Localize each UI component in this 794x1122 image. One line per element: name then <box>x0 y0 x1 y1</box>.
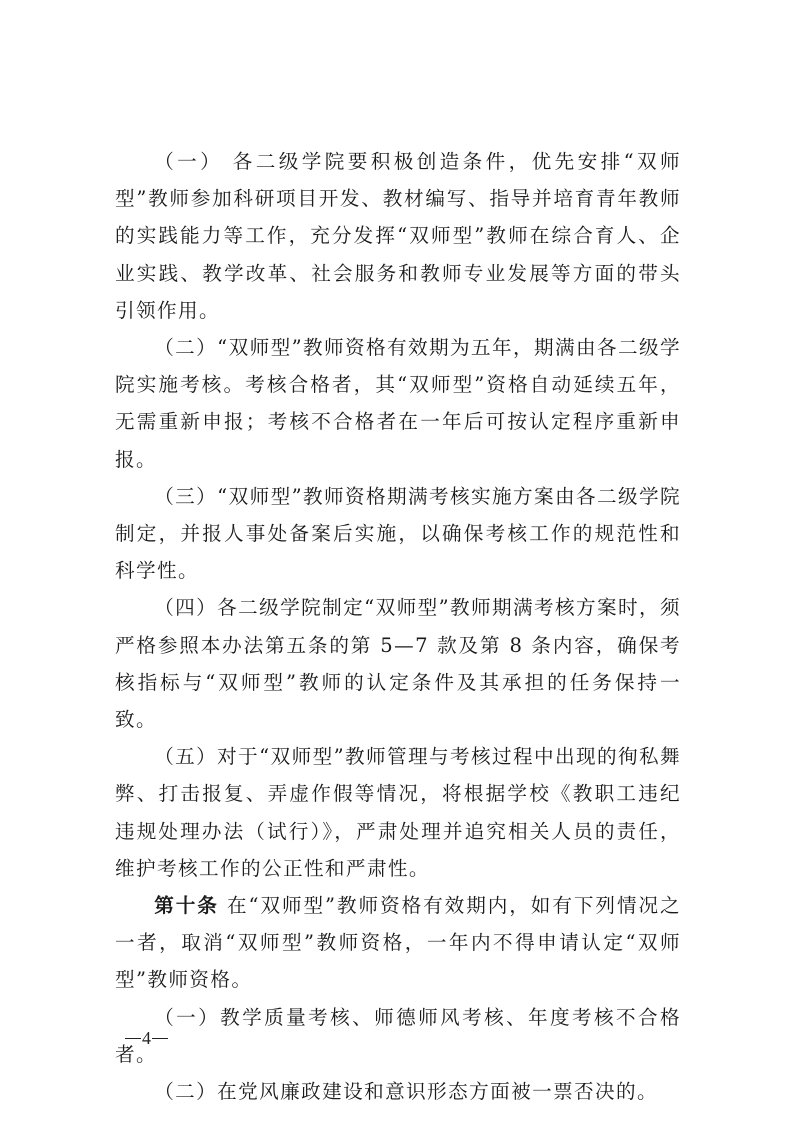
paragraph-4: （四）各二级学院制定“双师型”教师期满考核方案时，须严格参照本办法第五条的第 5… <box>115 589 681 738</box>
paragraph-3: （三）“双师型”教师资格期满考核实施方案由各二级学院制定，并报人事处备案后实施，… <box>115 478 681 590</box>
dash-right <box>152 1038 168 1039</box>
paragraph-2: （二）“双师型”教师资格有效期为五年，期满由各二级学院实施考核。考核合格者，其“… <box>115 329 681 478</box>
paragraph-text: （四）各二级学院制定“双师型”教师期满考核方案时，须严格参照本办法第五条的第 5… <box>115 596 681 731</box>
paragraph-text: （五）对于“双师型”教师管理与考核过程中出现的徇私舞弊、打击报复、弄虚作假等情况… <box>115 745 681 880</box>
paragraph-text: （三）“双师型”教师资格期满考核实施方案由各二级学院制定，并报人事处备案后实施，… <box>115 485 681 582</box>
paragraph-7: （一）教学质量考核、师德师风考核、年度考核不合格者。 <box>115 999 681 1073</box>
paragraph-text: （一）教学质量考核、师德师风考核、年度考核不合格者。 <box>115 1006 681 1066</box>
page-number-value: 4 <box>142 1028 151 1049</box>
dash-left <box>125 1038 141 1039</box>
paragraph-text: （一） 各二级学院要积极创造条件，优先安排“双师型”教师参加科研项目开发、教材编… <box>115 150 681 322</box>
paragraph-1: （一） 各二级学院要积极创造条件，优先安排“双师型”教师参加科研项目开发、教材编… <box>115 143 681 329</box>
paragraph-5: （五）对于“双师型”教师管理与考核过程中出现的徇私舞弊、打击报复、弄虚作假等情况… <box>115 738 681 887</box>
document-body: （一） 各二级学院要积极创造条件，优先安排“双师型”教师参加科研项目开发、教材编… <box>115 143 681 1110</box>
paragraph-text: （二）“双师型”教师资格有效期为五年，期满由各二级学院实施考核。考核合格者，其“… <box>115 336 681 471</box>
article-heading: 第十条 <box>154 894 219 917</box>
document-page: （一） 各二级学院要积极创造条件，优先安排“双师型”教师参加科研项目开发、教材编… <box>0 0 794 1122</box>
paragraph-8: （二）在党风廉政建设和意识形态方面被一票否决的。 <box>115 1073 681 1110</box>
paragraph-text: （二）在党风廉政建设和意识形态方面被一票否决的。 <box>154 1080 658 1103</box>
page-number: 4 <box>124 1028 169 1049</box>
article-10-paragraph: 第十条 在“双师型”教师资格有效期内，如有下列情况之一者，取消“双师型”教师资格… <box>115 887 681 999</box>
